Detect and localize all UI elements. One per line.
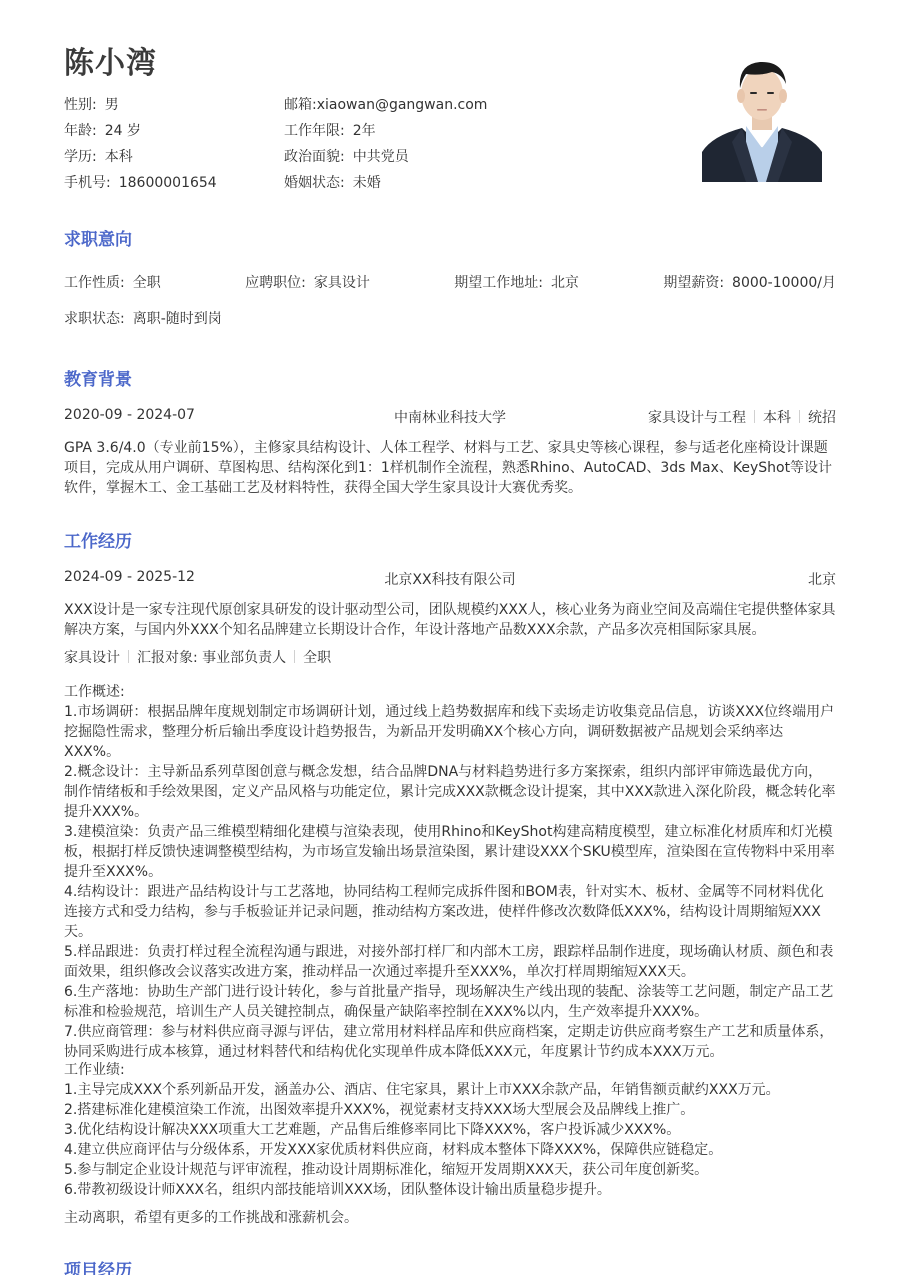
work-location: 北京 [808,569,836,589]
enrollment-type: 统招 [808,410,836,426]
work-years-field: 工作年限:2年 [284,120,664,146]
phone-field: 手机号:18600001654 [64,172,284,198]
achievement-item: 1.主导完成XXX个系列新品开发，涵盖办公、酒店、住宅家具，累计上市XXX余款产… [64,1080,836,1100]
job-position-field: 应聘职位:家具设计 [245,272,370,292]
overview-item: 2.概念设计：主导新品系列草图创意与概念发想，结合品牌DNA与材料趋势进行多方案… [64,762,836,822]
work-tag: 汇报对象: 事业部负责人 [137,650,286,666]
section-title-work: 工作经历 [64,527,132,552]
person-portrait-icon [702,52,822,182]
education-entry-header: 2020-09 - 2024-07 中南林业科技大学 家具设计与工程本科统招 [64,407,836,427]
work-achievements: 工作业绩: 1.主导完成XXX个系列新品开发，涵盖办公、酒店、住宅家具，累计上市… [64,1060,836,1200]
achievement-item: 4.建立供应商评估与分级体系，开发XXX家优质材料供应商，材料成本整体下降XXX… [64,1140,836,1160]
political-status-field: 政治面貌:中共党员 [284,146,664,172]
basic-info-row: 年龄:24 岁 工作年限:2年 [64,120,664,146]
divider [754,410,755,423]
company-name: 北京XX科技有限公司 [64,569,836,589]
section-title-job-intent: 求职意向 [64,225,132,250]
education-level-field: 学历:本科 [64,146,284,172]
basic-info-row: 手机号:18600001654 婚姻状态:未婚 [64,172,664,198]
divider [799,410,800,423]
email-field: 邮箱:xiaowan@gangwan.com [284,94,664,120]
work-tag: 全职 [303,650,331,666]
gender-field: 性别:男 [64,94,284,120]
achievement-item: 3.优化结构设计解决XXX项重大工艺难题，产品售后维修率同比下降XXX%，客户投… [64,1120,836,1140]
work-overview: 工作概述: 1.市场调研：根据品牌年度规划制定市场调研计划，通过线上趋势数据库和… [64,682,836,1062]
job-location-field: 期望工作地址:北京 [454,272,579,292]
section-title-education: 教育背景 [64,365,132,390]
age-field: 年龄:24 岁 [64,120,284,146]
education-meta: 家具设计与工程本科统招 [648,407,836,427]
candidate-name: 陈小湾 [64,38,157,82]
basic-info-row: 性别:男 邮箱:xiaowan@gangwan.com [64,94,664,120]
achievement-item: 2.搭建标准化建模渲染工作流，出图效率提升XXX%，视觉素材支持XXX场大型展会… [64,1100,836,1120]
basic-info-row: 学历:本科 政治面貌:中共党员 [64,146,664,172]
avatar-photo [702,52,822,182]
work-entry-header: 2024-09 - 2025-12 北京XX科技有限公司 北京 [64,569,836,589]
section-title-projects: 项目经历 [64,1256,132,1275]
achievement-item: 5.参与制定企业设计规范与评审流程，推动设计周期标准化，缩短开发周期XXX天，获… [64,1160,836,1180]
major: 家具设计与工程 [648,410,746,426]
divider [294,650,295,663]
overview-item: 5.样品跟进：负责打样过程全流程沟通与跟进，对接外部打样厂和内部木工房，跟踪样品… [64,942,836,982]
job-intent-row: 工作性质:全职 应聘职位:家具设计 期望工作地址:北京 期望薪资:8000-10… [64,272,836,292]
work-tags: 家具设计汇报对象: 事业部负责人全职 [64,647,331,667]
job-status-field: 求职状态:离职-随时到岗 [64,308,222,328]
basic-info: 性别:男 邮箱:xiaowan@gangwan.com 年龄:24 岁 工作年限… [64,94,664,198]
education-description: GPA 3.6/4.0（专业前15%），主修家具结构设计、人体工程学、材料与工艺… [64,438,836,498]
expected-salary-field: 期望薪资:8000-10000/月 [663,272,836,292]
job-type-field: 工作性质:全职 [64,272,161,292]
achievements-title: 工作业绩: [64,1060,836,1080]
achievement-item: 6.带教初级设计师XXX名，组织内部技能培训XXX场，团队整体设计输出质量稳步提… [64,1180,836,1200]
overview-item: 4.结构设计：跟进产品结构设计与工艺落地，协同结构工程师完成拆件图和BOM表，针… [64,882,836,942]
work-tag: 家具设计 [64,650,120,666]
marital-status-field: 婚姻状态:未婚 [284,172,664,198]
divider [128,650,129,663]
company-description: XXX设计是一家专注现代原创家具研发的设计驱动型公司，团队规模约XXX人，核心业… [64,600,836,640]
overview-title: 工作概述: [64,682,836,702]
degree: 本科 [763,410,791,426]
overview-item: 3.建模渲染：负责产品三维模型精细化建模与渲染表现，使用Rhino和KeySho… [64,822,836,882]
overview-item: 1.市场调研：根据品牌年度规划制定市场调研计划，通过线上趋势数据库和线下卖场走访… [64,702,836,762]
leave-reason: 主动离职，希望有更多的工作挑战和涨薪机会。 [64,1208,836,1228]
overview-item: 7.供应商管理：参与材料供应商寻源与评估，建立常用材料样品库和供应商档案，定期走… [64,1022,836,1062]
overview-item: 6.生产落地：协助生产部门进行设计转化，参与首批量产指导，现场解决生产线出现的装… [64,982,836,1022]
